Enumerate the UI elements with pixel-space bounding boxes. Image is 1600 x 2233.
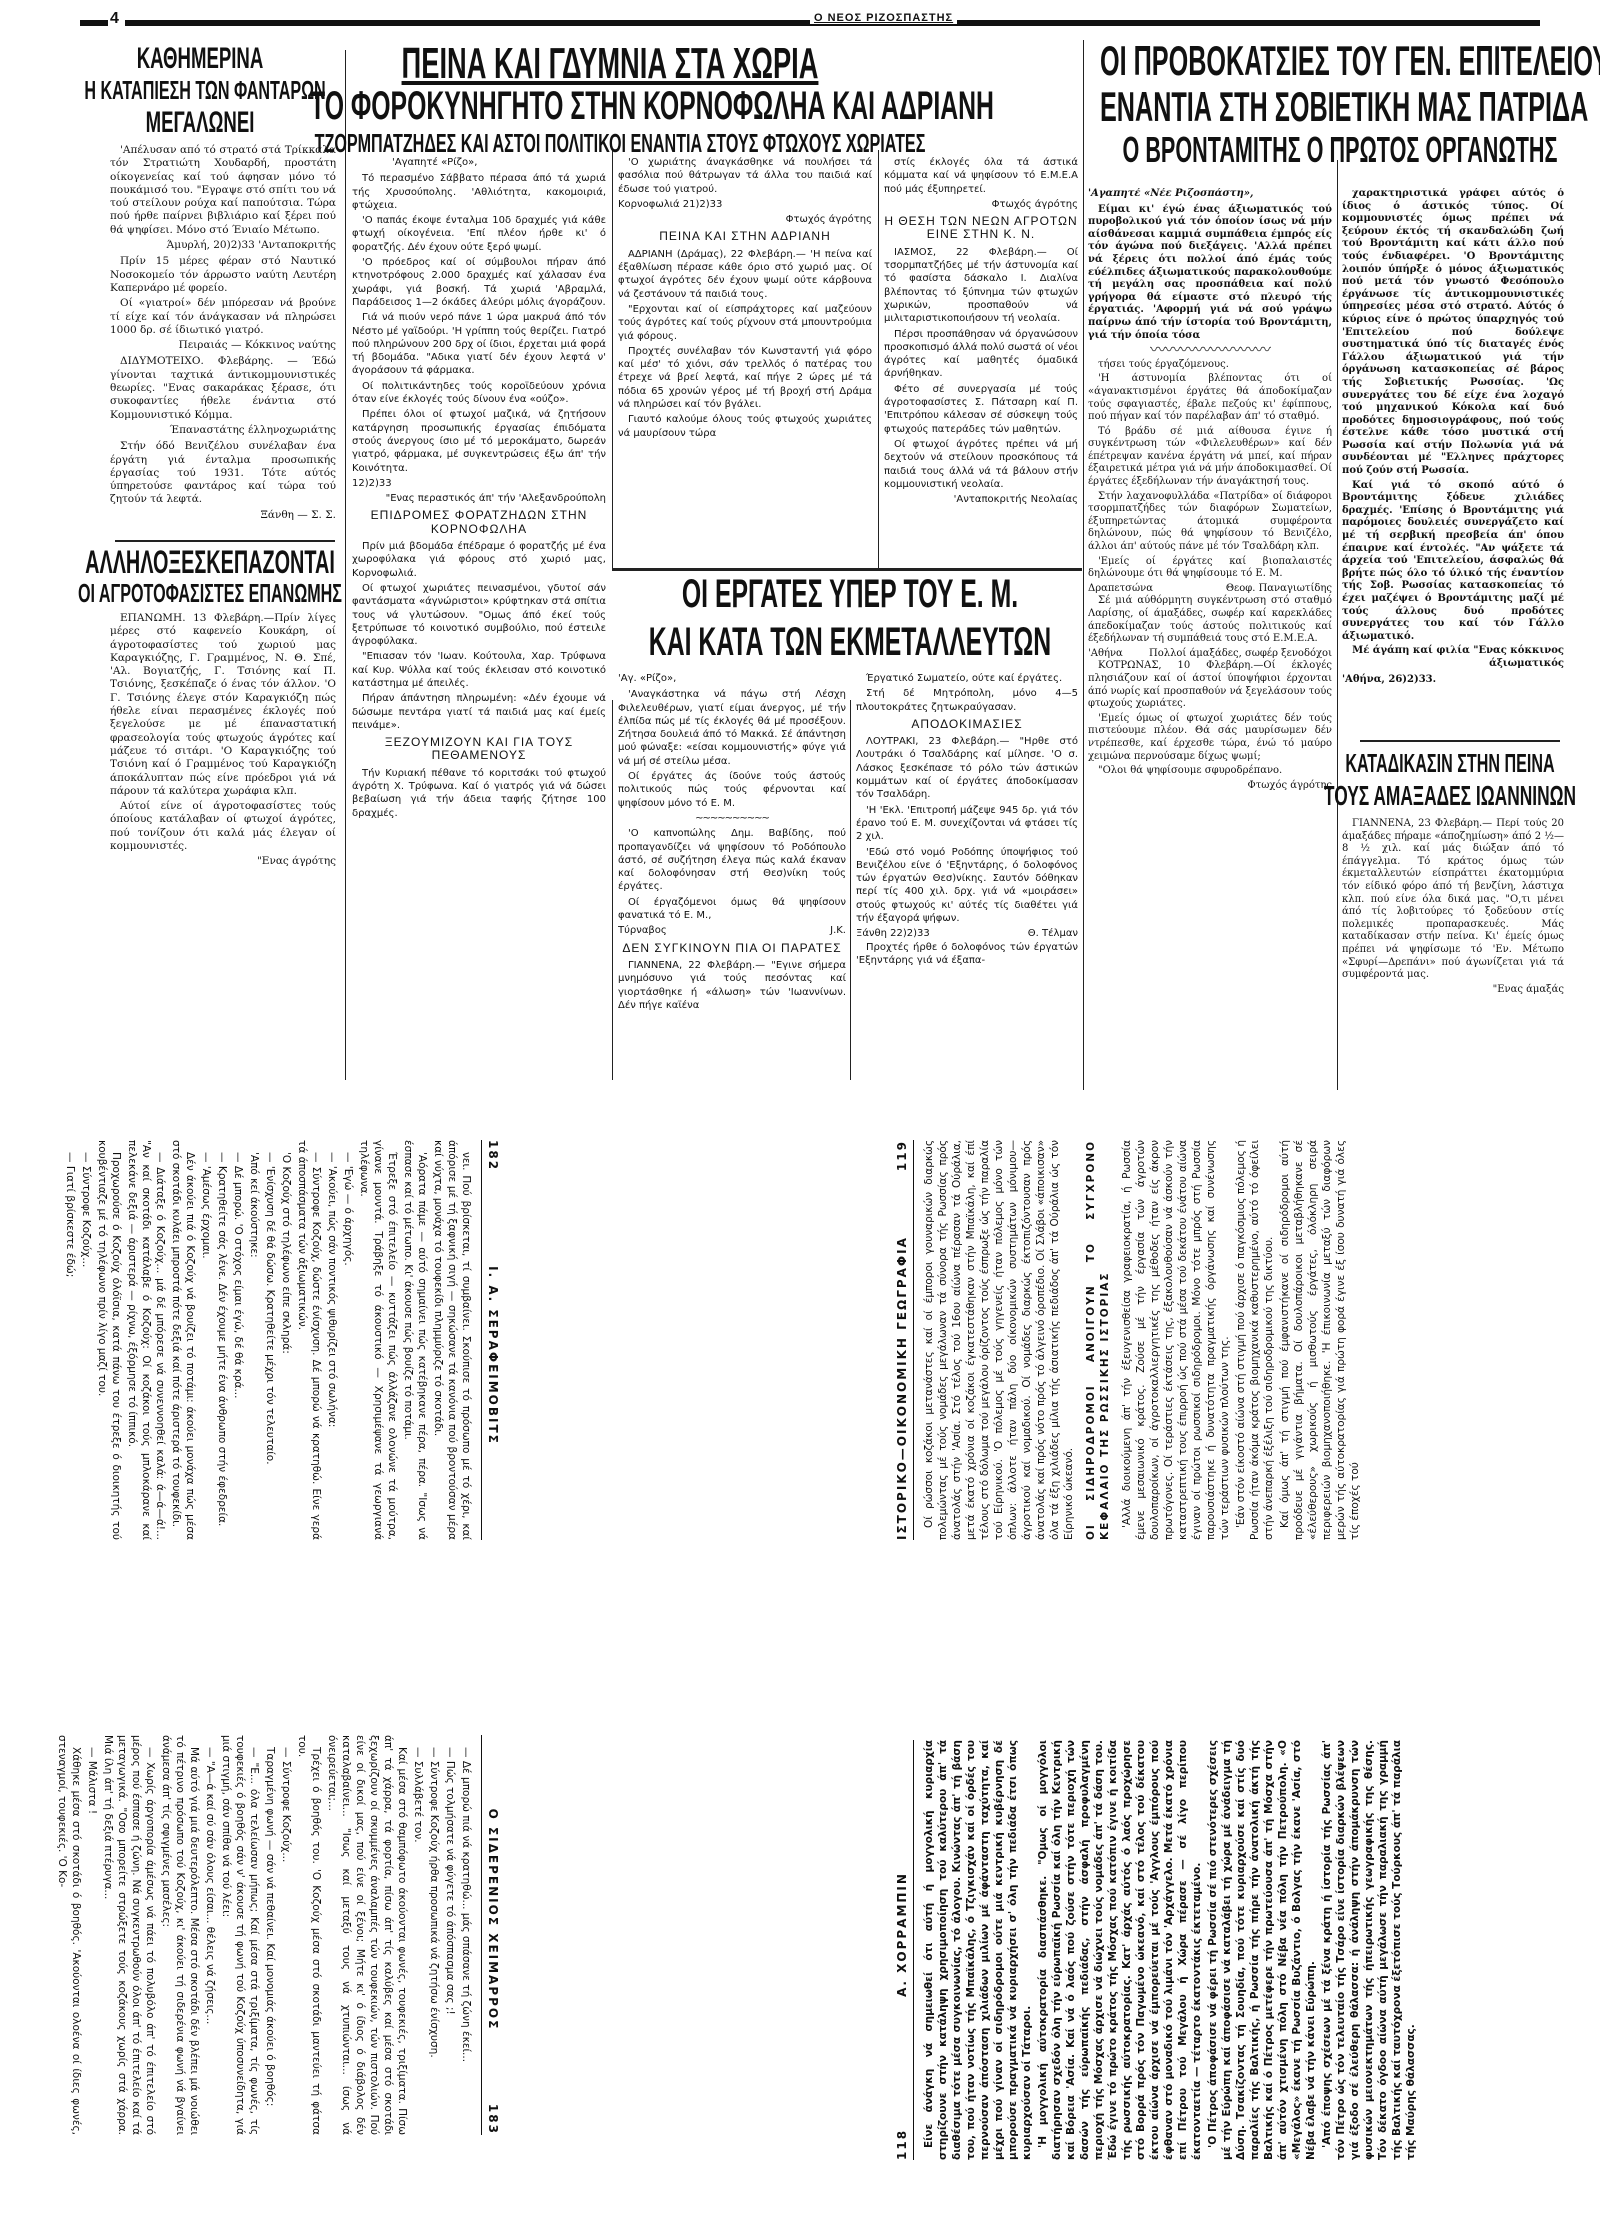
- paragraph: Οί πολιτικάντηδες τούς κοροϊδεύουν χρόνι…: [352, 380, 606, 407]
- paragraph: Καί γιά τό σκοπό αύτό ό Βροντάμιτης ξόδε…: [1342, 480, 1564, 644]
- paragraph: ΓΙΑΝΝΕΝΑ, 22 Φλεβάρη.— "Εγινε σήμερα μνη…: [618, 959, 846, 1012]
- article-right-a: 'Αγαπητέ «Νέε Ριζοσπάστη», Είμαι κι' έγώ…: [1088, 188, 1332, 1088]
- running-header: Α. ΧΟΡΡΑΜΠΙΝ: [895, 1872, 909, 1997]
- paragraph: νει. Πού βρίσκεται, τί συμβαίνει. Σκούπι…: [431, 1140, 473, 1540]
- paragraph: Προχτές ήρθε ό δολοφόνος τών έργατών 'Εξ…: [856, 941, 1078, 968]
- paragraph: ΔΙΔΥΜΟΤΕΙΧΟ. Φλεβάρης. — Έδώ γίνονται τα…: [110, 355, 336, 421]
- article-workers-b: Έργατικό Σωματείο, ούτε καί έργάτες. Στή…: [856, 672, 1078, 1084]
- article-subhead: Η ΘΕΣΗ ΤΩΝ ΝΕΩΝ ΑΓΡΟΤΩΝ ΕΙΝΕ ΣΤΗΝ Κ. Ν.: [884, 215, 1078, 242]
- paragraph: 'Εδώ στό νομό Ροδόπης ύποψήφιος τού Βενι…: [856, 846, 1078, 926]
- paragraph: Πρέπει όλοι οί φτωχοί μαζικά, νά ζητήσου…: [352, 408, 606, 474]
- paragraph: ΓΙΑΝΝΕΝΑ, 23 Φλεβάρη.— Περί τούς 20 άμαξ…: [1342, 818, 1564, 982]
- divider: ~~~~~~~~~~: [618, 812, 846, 825]
- paragraph: Έτρεξε στό έπιτελείο — κυττάζει πώς άλλά…: [357, 1140, 399, 1540]
- paragraph: — Κρατηθείτε σάς λένε. Δέν έχουμε μήτε έ…: [215, 1140, 229, 1540]
- paragraph: "Ολοι θά ψηφίσουμε σφυροδρέπανο.: [1088, 765, 1332, 778]
- paragraph: — 'Εγώ — ό άρχηγός.: [341, 1140, 355, 1540]
- paragraph: Μά αύτό γιά μιά δευτερόλεπτο. Μέσα στό σ…: [159, 1735, 201, 2135]
- paragraph: 'Εμείς όμως οί φτωχοί χωριάτες δέν τούς …: [1088, 713, 1332, 763]
- paragraph: — Σύντροφε Κοζούχ...: [279, 1735, 293, 2135]
- masthead-rule: [80, 20, 108, 26]
- article-subhead: ΑΠΟΔΟΚΙΜΑΣΙΕΣ: [856, 718, 1078, 731]
- paragraph: Είνε άνάγκη νά σημειωθεί ότι αύτή ή μογγ…: [922, 1740, 1034, 2160]
- paragraph: 'Ο Πέτρος άποφάσισε νά φέρει τή Ρωσσία σ…: [1206, 1740, 1318, 2160]
- divider: [1360, 740, 1560, 742]
- paragraph: 'Ο χωριάτης άναγκάσθηκε νά πουλήσει τά φ…: [618, 156, 872, 196]
- paragraph: τήσει τούς έργαζόμενους.: [1088, 359, 1332, 372]
- page-number: 183: [486, 2104, 500, 2135]
- paragraph: 'Από έποψης σχέσεων μέ τά ξένα κράτη ή ί…: [1320, 1740, 1418, 2160]
- paragraph: Στήν λαχανοφυλλάδα «Πατρίδα» οί διάφοροι…: [1088, 491, 1332, 554]
- signature: "Ενας άμαξάς: [1342, 984, 1564, 997]
- main-headline: ΠΕΙΝΑ ΚΑΙ ΓΔΥΜΝΙΑ ΣΤΑ ΧΩΡΙΑ: [356, 42, 864, 86]
- paragraph: — Συλλάβετέ τον.: [411, 1735, 425, 2135]
- column-rule: [1083, 40, 1084, 1090]
- book-page-118: 118Α. ΧΟΡΡΑΜΠΙΝ Είνε άνάγκη νά σημειωθεί…: [895, 1740, 1315, 2160]
- paragraph: ΕΠΑΝΩΜΗ. 13 Φλεβάρη.—Πρίν λίγες μέρες στ…: [110, 612, 336, 798]
- signature: J.K.: [830, 924, 846, 937]
- paragraph: Στή δέ Μητρόπολη, μόνο 4—5 πλουτοκράτες …: [856, 687, 1078, 714]
- page-number: 4: [110, 10, 119, 28]
- wavy-divider: 〰〰〰〰〰〰〰〰: [1088, 344, 1332, 357]
- headline: Η ΚΑΤΑΠΙΕΣΗ ΤΩΝ ΦΑΝΤΑΡΩΝ: [66, 77, 345, 103]
- article-subhead: ΔΕΝ ΣΥΓΚΙΝΟΥΝ ΠΙΑ ΟΙ ΠΑΡΑΤΕΣ: [618, 942, 846, 955]
- paragraph: Φέτο σέ συνεργασία μέ τούς άγροτοφασίστε…: [884, 383, 1078, 436]
- headline: ΟΙ ΑΓΡΟΤΟΦΑΣΙΣΤΕΣ ΕΠΑΝΩΜΗΣ: [61, 580, 359, 606]
- paragraph: — Σύντροφε Κοζούχ, δώστε ένίσχυση. Δέ μπ…: [295, 1140, 323, 1540]
- article-center-b: 'Ο χωριάτης άναγκάσθηκε νά πουλήσει τά φ…: [618, 156, 872, 548]
- column-rule: [1337, 160, 1338, 1090]
- signature: "Ενας περαστικός άπ' τήν 'Αλεξανδρούπολη: [352, 492, 606, 505]
- article-center-c: στίς έκλογές όλα τά άστικά κόμματα καί ν…: [884, 156, 1078, 564]
- article-center-a: 'Αγαπητέ «Ρίζο», Τό περασμένο Σάββατο πέ…: [352, 156, 606, 1084]
- paragraph: Οί έργαζόμενοι όμως θά ψηφίσουν φανατικά…: [618, 896, 846, 923]
- divider: [612, 568, 1082, 571]
- article-col1: 'Απέλυσαν από τό στρατό στά Τρίκκαλα τόν…: [110, 144, 336, 540]
- paragraph: Πήραν άπάντηση πληρωμένη: «Δέν έχουμε νά…: [352, 692, 606, 732]
- paragraph: — "Ε... όλα τελείωσαν μήπως; Καί μέσα στ…: [219, 1735, 261, 2135]
- sub-headline: ΤΖΟΡΜΠΑΤΖΗΔΕΣ ΚΑΙ ΑΣΤΟΙ ΠΟΛΙΤΙΚΟΙ ΕΝΑΝΤΙ…: [260, 130, 979, 156]
- paragraph: Οί φτωχοί άγρότες πρέπει νά μή δεχτούν ν…: [884, 438, 1078, 491]
- paragraph: Προχτές συνέλαβαν τόν Κωνσταντή γιά φόρο…: [618, 345, 872, 411]
- paragraph: Ταραγμένη φωνή — σάν νά πεθαίνει. Καί μο…: [263, 1735, 277, 2135]
- paragraph: 'Η άστυνομία βλέποντας ότι οί «άγανακτισ…: [1088, 373, 1332, 423]
- paragraph: Καί μέσα στό θαμπόφωτο άκούονται φωνές, …: [325, 1735, 409, 2135]
- right-headline: ΟΙ ΠΡΟΒΟΚΑΤΣΙΕΣ ΤΟΥ ΓΕΝ. ΕΠΙΤΕΛΕΙΟΥ: [1100, 40, 1580, 82]
- page-number: 182: [486, 1140, 500, 1171]
- paragraph: Οί «γιατροί» δέν μπόρεσαν νά βρούνε τί ε…: [110, 297, 336, 337]
- paragraph: Οί φτωχοί χωριάτες πεινασμένοι, γδυτοί σ…: [352, 582, 606, 648]
- paragraph: — 'Ακούει, πώς σάν ποντικός ψιθυρίζει στ…: [325, 1140, 339, 1540]
- section-headline: ΟΙ ΕΡΓΑΤΕΣ ΥΠΕΡ ΤΟΥ Ε. Μ.: [645, 574, 1054, 614]
- paragraph: Γιαυτό καλούμε όλους τούς φτωχούς χωριάτ…: [618, 413, 872, 440]
- signature: Φτωχός άγρότης: [1088, 780, 1332, 793]
- signature: Πειραιάς — Κόκκινος ναύτης: [110, 339, 336, 352]
- paragraph: Πρίν μιά βδομάδα έπέδραμε ό φορατζής μέ …: [352, 540, 606, 580]
- paragraph: Πέρσι προσπάθησαν νά όργανώσουν προσκοπι…: [884, 328, 1078, 381]
- book-page-119: ΙΣΤΟΡΙΚΟ—ΟΙΚΟΝΟΜΙΚΗ ΓΕΩΓΡΑΦΙΑ119 Οί ρώσσ…: [895, 1140, 1295, 1540]
- paragraph: Σέ μιά αύθόρμητη συγκέντρωση στό σταθμό …: [1088, 595, 1332, 645]
- headline: ΤΟΥΣ ΑΜΑΞΑΔΕΣ ΙΩΑΝΝΙΝΩΝ: [1314, 782, 1587, 810]
- paragraph: 'Αναγκάστηκα νά πάγω στή Λέσχη Φιλελευθέ…: [618, 688, 846, 768]
- paragraph: 'Ο Κοζούχ στό τηλέφωνο είπε σκληρά:: [279, 1140, 293, 1540]
- paragraph: 'Εμείς οί έργάτες καί βιοπαλαιστές δηλών…: [1088, 556, 1332, 581]
- article-col1-b: ΕΠΑΝΩΜΗ. 13 Φλεβάρη.—Πρίν λίγες μέρες στ…: [110, 612, 336, 1082]
- paragraph: — 'Αμέσως έρχομαι.: [199, 1140, 213, 1540]
- signature: 'Ανταποκριτής Νεολαίας: [884, 493, 1078, 506]
- paragraph: — Σύντροφε Κοζούχ...: [79, 1140, 93, 1540]
- divider: [115, 540, 335, 542]
- paragraph: Καί όμως άπ' τή στιγμή πού έμφανιστήκανε…: [1278, 1140, 1362, 1540]
- paragraph: 'Ο καπνοπώλης Δημ. Βαβίδης, πού προπαγαν…: [618, 827, 846, 893]
- paragraph: Γιά νά πιούν νερό πάνε 1 ώρα μακρυά άπό …: [352, 311, 606, 377]
- column-rule: [878, 150, 879, 570]
- headline: ΜΕΓΑΛΩΝΕΙ: [119, 108, 280, 138]
- running-header: Ο ΣΙΔΕΡΕΝΙΟΣ ΧΕΙΜΑΡΡΟΣ: [486, 1809, 500, 2031]
- signature: Θ. Τέλμαν: [1028, 927, 1078, 940]
- paragraph: 'Αόρατα πάμε — αύτό σημαίνει πώς κατέβηκ…: [401, 1140, 429, 1540]
- paragraph: 'Ο πρόεδρος καί οί σύμβουλοι πήραν άπό κ…: [352, 256, 606, 309]
- signature: Πολλοί άμαξάδες, σωφέρ ξενοδόχοι: [1149, 648, 1332, 661]
- column-rule: [850, 700, 851, 1080]
- paragraph: Αύτοί είνε οί άγροτοφασίστες τούς όποίου…: [110, 800, 336, 853]
- column-rule: [612, 150, 613, 570]
- paragraph: Έργατικό Σωματείο, ούτε καί έργάτες.: [856, 672, 1078, 685]
- paragraph: ΑΔΡΙΑΝΗ (Δράμας), 22 Φλεβάρη.— 'Η πείνα …: [618, 248, 872, 301]
- section-headline: ΚΑΙ ΚΑΤΑ ΤΩΝ ΕΚΜΕΤΑΛΛΕΥΤΩΝ: [614, 622, 1085, 662]
- signature: Άμυρλή, 20)2)33 'Ανταποκριτής: [110, 239, 336, 252]
- book-page-182: 182Ι. Α. ΣΕΡΑΦΕΙΜΟΒΙΤΣ νει. Πού βρίσκετα…: [100, 1140, 500, 1540]
- article-subhead: ΞΕΖΟΥΜΙΖΟΥΝ ΚΑΙ ΓΙΑ ΤΟΥΣ ΠΕΘΑΜΕΝΟΥΣ: [352, 736, 606, 763]
- paragraph: "Ερχονται καί οί είσπράχτορες καί μαζεύο…: [618, 303, 872, 343]
- paragraph: — 'Ενίσχυση δέ θά δώσω. Κρατηθείτε μέχρι…: [263, 1140, 277, 1540]
- paragraph: ΛΟΥΤΡΑΚΙ, 23 Φλεβάρη.— "Ηρθε στό Λουτράκ…: [856, 735, 1078, 801]
- signature: Θεοφ. Παναγιωτίδης: [1226, 583, 1332, 596]
- paragraph: Τρέχει ό βοηθός του. 'Ο Κοζούχ μέσα στό …: [295, 1735, 323, 2135]
- place: Δραπετσώνα: [1088, 583, 1153, 596]
- paragraph: 'Η 'Εκλ. 'Επιτροπή μάζεψε 945 δρ. γιά τό…: [856, 804, 1078, 844]
- paragraph: Τό περασμένο Σάββατο πέρασα άπό τά χωριά…: [352, 172, 606, 212]
- paragraph: — Δέ μπορώ πιά νά κρατηθώ... μάς σπάσανε…: [459, 1735, 473, 2135]
- signature: Φτωχός άγρότης: [618, 213, 872, 226]
- paragraph: 'Απέλυσαν από τό στρατό στά Τρίκκαλα τόν…: [110, 144, 336, 237]
- paragraph: Οί έργάτες άς ίδούνε τούς άστούς πολιτικ…: [618, 770, 846, 810]
- article-right-c: ΓΙΑΝΝΕΝΑ, 23 Φλεβάρη.— Περί τούς 20 άμαξ…: [1342, 818, 1564, 1088]
- paragraph: — "Α—ά καί σύ σάν όλους είσαι... θέλεις …: [203, 1735, 217, 2135]
- paragraph: — Πώς τολμήσατε νά φύγετε τό άπόσπασμα σ…: [443, 1735, 457, 2135]
- paragraph: 'Αλλά διοικούμενη άπ' τήν έξευγενισθείσα…: [1120, 1140, 1232, 1540]
- section-title: ΟΙ ΣΙΔΗΡΟΔΡΟΜΟΙ ΑΝΟΙΓΟΥΝ ΤΟ ΣΥΓΧΡΟΝΟ ΚΕΦ…: [1084, 1140, 1112, 1540]
- article-right-b: χαρακτηριστικά γράφει αύτός ό ίδιος ό άσ…: [1342, 188, 1564, 708]
- paragraph: Είμαι κι' έγώ ένας άξιωματικός τού πυροβ…: [1088, 204, 1332, 343]
- paragraph: — Διάταξε ό Κοζούχ... μά δέ μπόρεσε νά σ…: [125, 1140, 167, 1540]
- paragraph: — Μάλιστα !: [85, 1735, 99, 2135]
- place: 'Αθήνα: [1088, 648, 1123, 661]
- running-header: Ι. Α. ΣΕΡΑΦΕΙΜΟΒΙΤΣ: [486, 1266, 500, 1445]
- article-workers-a: 'Αγ. «Ρίζο», 'Αναγκάστηκα νά πάγω στή Λέ…: [618, 672, 846, 1084]
- salutation: 'Αγ. «Ρίζο»,: [618, 672, 846, 685]
- kicker-headline: ΚΑΘΗΜΕΡΙΝΑ: [119, 44, 280, 74]
- paragraph: — Γιατί βρίσκεστε έδώ;: [63, 1140, 77, 1540]
- paragraph: 'Εάν στόν είκοστό αίώνα στή στιγμή πού ά…: [1234, 1140, 1276, 1540]
- paragraph: — Χωρίς άργοπορία άμέσως νά πάει τό πολυ…: [101, 1735, 157, 2135]
- paragraph: — Δέ μπορώ. 'Ο στόχος είμαι έγώ, δέ θά κ…: [231, 1140, 245, 1540]
- signature: Μέ άγάπη καί φιλία "Ενας κόκκινος άξιωμα…: [1342, 645, 1564, 670]
- dateline: 12)2)33: [352, 477, 606, 490]
- paragraph: ΙΑΣΜΟΣ, 22 Φλεβάρη.— Οί τσορμπατζήδες μέ…: [884, 246, 1078, 326]
- paragraph: "Επιασαν τόν 'Ιωαν. Κούτουλα, Χαρ. Τρύφω…: [352, 650, 606, 690]
- paragraph: Δέν άκούει πιά ό Κοζούχ νά βουίζει τό πο…: [169, 1140, 197, 1540]
- salutation: 'Αγαπητέ «Νέε Ριζοσπάστη»,: [1088, 188, 1332, 201]
- page-number: 118: [895, 2129, 909, 2160]
- signature: Φτωχός άγρότης: [884, 198, 1078, 211]
- paragraph: Προχωρούσε ό Κοζούχ όλόϊσια, κατά πάνω τ…: [95, 1140, 123, 1540]
- paragraph: ΚΟΤΡΩΝΑΣ, 10 Φλεβάρη.—Οί έκλογές πλησιάζ…: [1088, 660, 1332, 710]
- salutation: 'Αγαπητέ «Ρίζο»,: [352, 156, 606, 169]
- paragraph: Στήν όδό Βενιζέλου συνέλαβαν ένα έργάτη …: [110, 440, 336, 506]
- dateline: 'Αθήνα, 26)2)33.: [1342, 674, 1564, 687]
- book-page-183: Ο ΣΙΔΕΡΕΝΙΟΣ ΧΕΙΜΑΡΡΟΣ183 — Δέ μπορώ πιά…: [80, 1735, 500, 2135]
- paragraph: 'Η μογγολική αύτοκρατορία διασπάσθηκε. "…: [1036, 1740, 1204, 2160]
- paragraph: Τήν Κυριακή πέθανε τό κοριτσάκι τού φτωχ…: [352, 767, 606, 820]
- page-number: 119: [895, 1140, 909, 1171]
- paragraph: Χάθηκε μέσα στό σκοτάδι ό βοηθός. 'Ακούο…: [55, 1735, 83, 2135]
- running-header: ΙΣΤΟΡΙΚΟ—ΟΙΚΟΝΟΜΙΚΗ ΓΕΩΓΡΑΦΙΑ: [895, 1236, 909, 1540]
- place: Τύρναβος: [618, 924, 667, 937]
- signature: Ξάνθη — Σ. Σ.: [110, 509, 336, 522]
- headline: ΚΑΤΑΔΙΚΑΣΙΝ ΣΤΗΝ ΠΕΙΝΑ: [1326, 750, 1574, 776]
- article-subhead: ΠΕΙΝΑ ΚΑΙ ΣΤΗΝ ΑΔΡΙΑΝΗ: [618, 230, 872, 243]
- paragraph: — Σύντροφε Κοζούχ ήρθα προσωπικά νά ζητή…: [427, 1735, 441, 2135]
- paragraph: χαρακτηριστικά γράφει αύτός ό ίδιος ό άσ…: [1342, 188, 1564, 478]
- place: Ξάνθη 22)2)33: [856, 927, 930, 940]
- paragraph: Οί ρώσσοι κοζάκοι μετανάστες καί οί έμπο…: [922, 1140, 1076, 1540]
- right-headline: Ο ΒΡΟΝΤΑΜΙΤΗΣ Ο ΠΡΩΤΟΣ ΟΡΓΑΝΩΤΗΣ: [1100, 132, 1580, 168]
- signature: Έπαναστάτης έλληνοχωριάτης: [110, 424, 336, 437]
- paragraph: Πρίν 15 μέρες φέραν στό Ναυτικό Νοσοκομε…: [110, 255, 336, 295]
- masthead: 4 Ο ΝΕΟΣ ΡΙΖΟΣΠΑΣΤΗΣ: [80, 14, 1540, 34]
- paragraph: στίς έκλογές όλα τά άστικά κόμματα καί ν…: [884, 156, 1078, 196]
- article-subhead: ΕΠΙΔΡΟΜΕΣ ΦΟΡΑΤΖΗΔΩΝ ΣΤΗΝ ΚΟΡΝΟΦΩΛΗΑ: [352, 509, 606, 536]
- main-headline: ΤΟ ΦΟΡΟΚΥΝΗΓΗΤΟ ΣΤΗΝ ΚΟΡΝΟΦΩΛΗΑ ΚΑΙ ΑΔΡΙ…: [310, 86, 930, 126]
- right-headline: ΕΝΑΝΤΙΑ ΣΤΗ ΣΟΒΙΕΤΙΚΗ ΜΑΣ ΠΑΤΡΙΔΑ: [1100, 86, 1580, 128]
- signature: "Ενας άγρότης: [110, 855, 336, 868]
- column-rule: [612, 700, 613, 1080]
- paragraph: 'Ο παπάς έκοψε ένταλμα 10δ δραχμές γιά κ…: [352, 214, 606, 254]
- paragraph: Τό βράδυ σέ μιά αίθουσα έγινε ή συγκέντρ…: [1088, 426, 1332, 489]
- paragraph: 'Από κεί άκούστηκε:: [247, 1140, 261, 1540]
- newspaper-title: Ο ΝΕΟΣ ΡΙΖΟΣΠΑΣΤΗΣ: [810, 12, 957, 24]
- headline: ΑΛΛΗΛΟΞΕΣΚΕΠΑΖΟΝΤΑΙ: [67, 546, 352, 578]
- dateline: Κορνοφωλιά 21)2)33: [618, 198, 872, 211]
